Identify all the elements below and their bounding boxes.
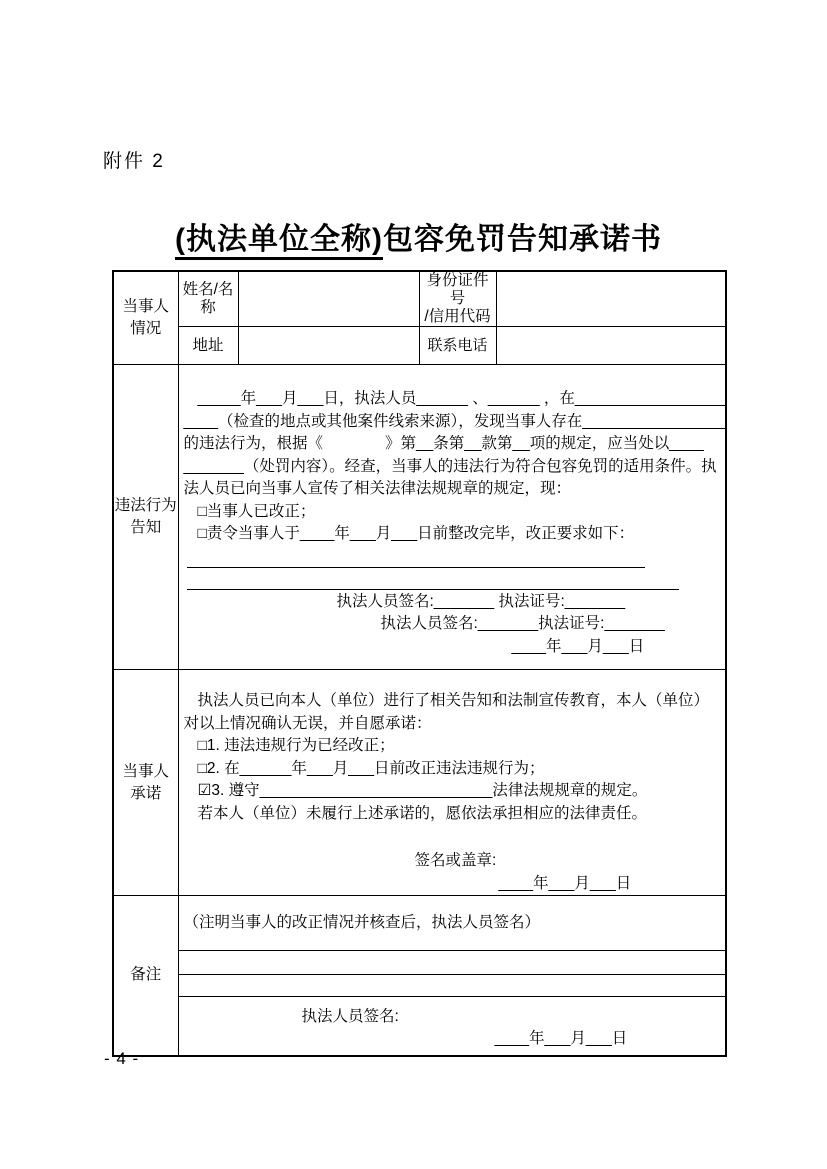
phone-field[interactable]	[496, 327, 726, 365]
notice-line-5: 法人员已向当事人宣传了相关法律法规规章的规定，现：	[184, 478, 726, 501]
id-number-label: 身份证件号 /信用代码	[419, 271, 496, 327]
page-title: (执法单位全称)包容免罚告知承诺书	[112, 214, 725, 258]
blank-writing-line[interactable]	[184, 568, 726, 591]
commitment-line-1: 执法人员已向本人（单位）进行了相关告知和法制宣传教育，本人（单位）	[184, 690, 726, 713]
checkbox-order-correct-icon[interactable]: □	[198, 525, 207, 542]
form-table: 当事人 情况 姓名/名称 身份证件号 /信用代码 地址 联系电话 违法行为 告知…	[112, 270, 727, 1057]
commitment-date-line: ____年___月___日	[184, 873, 726, 896]
name-field[interactable]	[238, 271, 419, 327]
table-row	[113, 951, 726, 975]
notice-option-corrected: □当事人已改正；	[184, 501, 726, 524]
id-number-field[interactable]	[496, 271, 726, 327]
address-field[interactable]	[238, 327, 419, 365]
table-row: 当事人 承诺 执法人员已向本人（单位）进行了相关告知和法制宣传教育，本人（单位）…	[113, 670, 726, 896]
spacer	[184, 825, 726, 850]
checkbox-item1-icon[interactable]: □	[198, 737, 207, 754]
table-row: 执法人员签名: ____年___月___日	[113, 997, 726, 1056]
remarks-officer-signature-label: 执法人员签名:	[184, 1006, 726, 1029]
notice-line-2: ____（检查的地点或其他案件线索来源），发现当事人存在____________…	[184, 411, 726, 434]
table-row	[113, 975, 726, 997]
phone-label: 联系电话	[419, 327, 496, 365]
remarks-blank-row-1[interactable]	[178, 951, 726, 975]
commitment-item-3: ☑3. 遵守___________________________法律法规规章的…	[184, 780, 726, 803]
page-number: - 4 -	[104, 1049, 139, 1069]
section-label-violation-notice: 违法行为 告知	[113, 365, 178, 670]
checkbox-corrected-icon[interactable]: □	[198, 503, 207, 520]
commitment-item-2-text: 2. 在______年___月___日前改正违法违规行为；	[207, 760, 545, 777]
remarks-note-cell: （注明当事人的改正情况并核查后，执法人员签名）	[178, 896, 726, 951]
address-label: 地址	[178, 327, 238, 365]
notice-option-corrected-text: 当事人已改正；	[207, 503, 316, 520]
section-label-commitment: 当事人 承诺	[113, 670, 178, 896]
name-label: 姓名/名称	[178, 271, 238, 327]
notice-line-1: _____年___月___日，执法人员______ 、______ ，在____…	[184, 388, 726, 411]
commitment-line-2: 对以上情况确认无误，并自愿承诺：	[184, 713, 726, 736]
remarks-blank-row-2[interactable]	[178, 975, 726, 997]
attachment-label: 附件 2	[103, 146, 165, 173]
notice-line-4: _______（处罚内容）。经查，当事人的违法行为符合包容免罚的适用条件。执	[184, 456, 726, 479]
checkbox-item2-icon[interactable]: □	[198, 760, 207, 777]
commitment-item-3-text: 3. 遵守___________________________法律法规规章的规…	[211, 782, 647, 799]
table-row: 地址 联系电话	[113, 327, 726, 365]
remarks-note: （注明当事人的改正情况并核查后，执法人员签名）	[179, 913, 726, 933]
officer-signature-line-2: 执法人员签名:_______执法证号:_______	[184, 613, 726, 636]
table-row: 备注 （注明当事人的改正情况并核查后，执法人员签名）	[113, 896, 726, 951]
commitment-item-1: □1. 违法违规行为已经改正；	[184, 735, 726, 758]
notice-line-3: 的违法行为，根据《 》第__条第__款第__项的规定，应当处以____	[184, 433, 726, 456]
remarks-signature-cell: 执法人员签名: ____年___月___日	[178, 997, 726, 1056]
commitment-item-1-text: 1. 违法违规行为已经改正；	[207, 737, 395, 754]
commitment-cell: 执法人员已向本人（单位）进行了相关告知和法制宣传教育，本人（单位） 对以上情况确…	[178, 670, 726, 896]
commitment-item-2: □2. 在______年___月___日前改正违法违规行为；	[184, 758, 726, 781]
notice-option-order-correct: □责令当事人于____年___月___日前整改完毕，改正要求如下：	[184, 523, 726, 546]
commitment-line-3: 若本人（单位）未履行上述承诺的，愿依法承担相应的法律责任。	[184, 803, 726, 826]
violation-notice-cell: _____年___月___日，执法人员______ 、______ ，在____…	[178, 365, 726, 670]
blank-writing-line[interactable]	[184, 546, 726, 569]
checkbox-item3-checked-icon[interactable]: ☑	[198, 782, 212, 799]
table-row: 当事人 情况 姓名/名称 身份证件号 /信用代码	[113, 271, 726, 327]
title-unit-placeholder: (执法单位全称)	[175, 223, 383, 260]
notice-date-line: ____年___月___日	[184, 636, 726, 659]
remarks-date-line: ____年___月___日	[184, 1028, 726, 1051]
notice-option-order-correct-text: 责令当事人于____年___月___日前整改完毕，改正要求如下：	[207, 525, 634, 542]
table-row: 违法行为 告知 _____年___月___日，执法人员______ 、_____…	[113, 365, 726, 670]
document-page: 附件 2 (执法单位全称)包容免罚告知承诺书 当事人 情况 姓名/名称 身份证件…	[0, 0, 827, 1169]
officer-signature-line-1: 执法人员签名:_______ 执法证号:_______	[184, 591, 726, 614]
title-main: 包容免罚告知承诺书	[383, 223, 662, 256]
party-signature-label: 签名或盖章:	[184, 850, 726, 873]
section-label-party-info: 当事人 情况	[113, 271, 178, 365]
section-label-remarks: 备注	[113, 896, 178, 1056]
